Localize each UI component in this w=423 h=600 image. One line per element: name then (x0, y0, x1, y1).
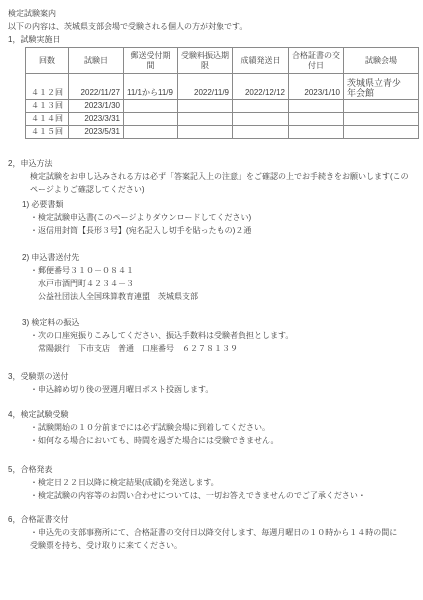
cell-results-date (233, 100, 289, 113)
list-item: ・返信用封筒【長形３号】(宛名記入し切手を貼ったもの)２通 (30, 224, 423, 237)
exam-schedule-table: 回数 試験日 郵送受付期間 受験料振込期限 成績発送日 合格証書の交付日 試験会… (25, 47, 419, 139)
cell-round: ４１２回 (26, 74, 69, 100)
sub-heading-mailing-address: 2) 申込書送付先 (22, 251, 423, 264)
table-row: ４１３回 2023/1/30 (26, 100, 419, 113)
intro-text: 以下の内容は、茨城県支部会場で受験される個人の方が対象です。 (8, 20, 423, 33)
section-5-heading: 5，合格発表 (8, 463, 423, 476)
section-2-intro: 検定試験をお申し込みされる方は必ず「答案記入上の注意」をご確認の上でお手続きをお… (30, 170, 416, 196)
cell-round: ４１５回 (26, 126, 69, 139)
col-header-round: 回数 (26, 48, 69, 74)
bank-account-line: 常陽銀行 下市支店 普通 口座番号 ６２７８１３９ (38, 342, 423, 355)
section-1-heading: 1，試験実施日 (8, 33, 423, 46)
col-header-venue: 試験会場 (344, 48, 419, 74)
list-item: ・試験開始の１０分前までには必ず試験会場に到着してください。 (30, 421, 423, 434)
cell-venue: 茨城県立青少年会館 (344, 74, 419, 100)
sub-heading-required-documents: 1) 必要書類 (22, 198, 423, 211)
section-4-heading: 4，検定試験受験 (8, 408, 423, 421)
col-header-fee-deadline: 受験料振込期限 (178, 48, 233, 74)
cell-round: ４１３回 (26, 100, 69, 113)
section-6-body: ・申込先の支部事務所にて、合格証書の交付日以降交付します、毎週月曜日の１０時から… (30, 526, 402, 552)
cell-certificate-date (289, 100, 344, 113)
cell-mail-period (124, 126, 178, 139)
cell-certificate-date (289, 126, 344, 139)
cell-mail-period: 11/1から11/9 (124, 74, 178, 100)
cell-exam-date: 2023/5/31 (69, 126, 124, 139)
cell-round: ４１４回 (26, 113, 69, 126)
cell-fee-deadline: 2022/11/9 (178, 74, 233, 100)
cell-fee-deadline (178, 113, 233, 126)
section-3-heading: 3，受験票の送付 (8, 370, 423, 383)
cell-mail-period (124, 113, 178, 126)
list-item: ・次の口座宛振りこみしてください、振込手数料は受験者負担とします。 (30, 329, 423, 342)
cell-venue (344, 100, 419, 113)
list-item: ・検定日２２日以降に検定結果(成績)を発送します。 (30, 476, 423, 489)
col-header-results-date: 成績発送日 (233, 48, 289, 74)
cell-venue (344, 126, 419, 139)
address-line: 水戸市酒門町４２３４－３ (38, 277, 423, 290)
cell-exam-date: 2022/11/27 (69, 74, 124, 100)
cell-results-date (233, 126, 289, 139)
cell-venue (344, 113, 419, 126)
cell-certificate-date (289, 113, 344, 126)
page-title: 検定試験案内 (8, 7, 423, 20)
list-item: ・検定試験申込書(このページよりダウンロードしてください) (30, 211, 423, 224)
col-header-mail-period: 郵送受付期間 (124, 48, 178, 74)
section-2-heading: 2，申込方法 (8, 157, 423, 170)
cell-fee-deadline (178, 126, 233, 139)
table-row: ４１４回 2023/3/31 (26, 113, 419, 126)
cell-certificate-date: 2023/1/10 (289, 74, 344, 100)
cell-results-date (233, 113, 289, 126)
cell-exam-date: 2023/1/30 (69, 100, 124, 113)
cell-exam-date: 2023/3/31 (69, 113, 124, 126)
list-item: ・如何なる場合においても、時間を過ぎた場合には受験できません。 (30, 434, 423, 447)
cell-fee-deadline (178, 100, 233, 113)
col-header-certificate-date: 合格証書の交付日 (289, 48, 344, 74)
col-header-exam-date: 試験日 (69, 48, 124, 74)
organization-line: 公益社団法人全国珠算教育連盟 茨城県支部 (38, 290, 423, 303)
section-6-heading: 6，合格証書交付 (8, 513, 423, 526)
sub-heading-fee-transfer: 3) 検定料の振込 (22, 316, 423, 329)
postal-code-line: ・郵便番号３１０－０８４１ (30, 264, 423, 277)
table-header-row: 回数 試験日 郵送受付期間 受験料振込期限 成績発送日 合格証書の交付日 試験会… (26, 48, 419, 74)
exam-notice-document: 検定試験案内 以下の内容は、茨城県支部会場で受験される個人の方が対象です。 1，… (0, 0, 423, 600)
list-item: ・申込締め切り後の翌週月曜日ポスト投函します。 (30, 383, 423, 396)
cell-mail-period (124, 100, 178, 113)
cell-results-date: 2022/12/12 (233, 74, 289, 100)
list-item: ・検定試験の内容等のお問い合わせについては、一切お答えできませんのでご了承くださ… (30, 489, 423, 502)
table-row: ４１５回 2023/5/31 (26, 126, 419, 139)
table-row: ４１２回 2022/11/27 11/1から11/9 2022/11/9 202… (26, 74, 419, 100)
